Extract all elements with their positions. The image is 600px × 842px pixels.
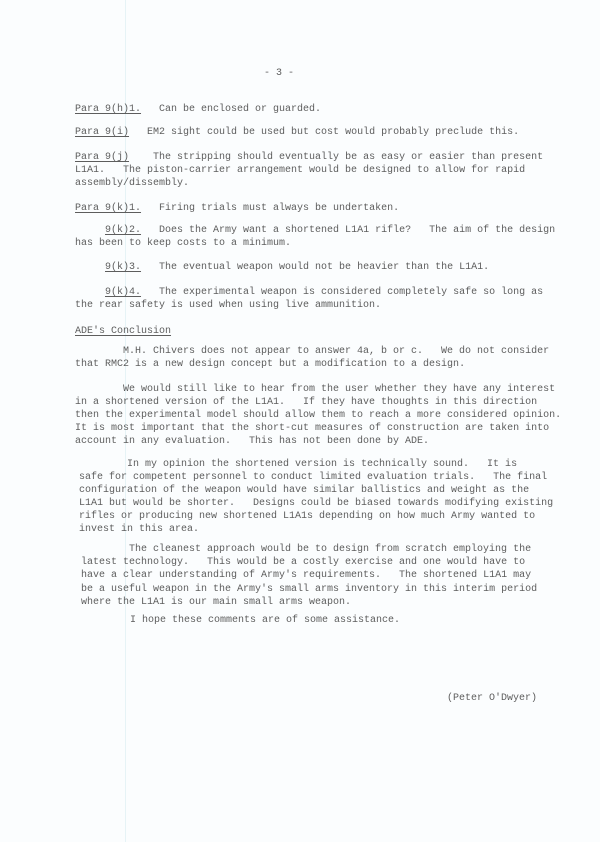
conclusion-para-2-line: account in any evaluation. This has not … [75,435,429,448]
para-ref: 9(k)4. [105,287,141,298]
conclusion-para-2-line: We would still like to hear from the use… [123,383,555,396]
para-text-line: has been to keep costs to a minimum. [75,237,291,250]
conclusion-para-2-line: then the experimental model should allow… [75,409,561,422]
conclusion-para-4-line: be a useful weapon in the Army's small a… [81,583,537,596]
para-text: The stripping should eventually be as ea… [153,152,543,163]
conclusion-para-4-line: have a clear understanding of Army's req… [81,569,531,582]
conclusion-heading: ADE's Conclusion [75,325,171,338]
conclusion-para-1-line: M.H. Chivers does not appear to answer 4… [123,345,549,358]
para-ref: 9(k)3. [105,262,141,273]
para-9h1: Para 9(h)1. Can be enclosed or guarded. [75,103,321,116]
conclusion-para-3-line: safe for competent personnel to conduct … [79,471,547,484]
conclusion-para-3-line: configuration of the weapon would have s… [79,484,529,497]
conclusion-para-4-line: where the L1A1 is our main small arms we… [81,596,351,609]
para-9i: Para 9(i) EM2 sight could be used but co… [75,126,519,139]
signature: (Peter O'Dwyer) [447,692,537,705]
conclusion-para-1-line: that RMC2 is a new design concept but a … [75,358,465,371]
page-number: - 3 - [264,67,294,80]
conclusion-para-3-line: L1A1 but would be shorter. Designs could… [79,497,553,510]
conclusion-para-2-line: It is most important that the short-cut … [75,422,549,435]
para-9k4: 9(k)4. The experimental weapon is consid… [105,286,543,299]
para-ref: Para 9(j) [75,152,129,163]
para-text: EM2 sight could be used but cost would p… [147,127,519,138]
conclusion-para-4-line: The cleanest approach would be to design… [129,543,531,556]
para-text-line: the rear safety is used when using live … [75,299,381,312]
para-text: The eventual weapon would not be heavier… [159,262,489,273]
para-text-line: assembly/dissembly. [75,177,189,190]
para-ref: Para 9(h)1. [75,104,141,115]
para-9k3: 9(k)3. The eventual weapon would not be … [105,261,489,274]
conclusion-para-3-line: rifles or producing new shortened L1A1s … [79,510,535,523]
para-ref: 9(k)2. [105,225,141,236]
conclusion-para-3-line: invest in this area. [79,523,199,536]
para-text: Does the Army want a shortened L1A1 rifl… [159,225,555,236]
para-9j: Para 9(j) The stripping should eventuall… [75,151,543,164]
para-ref: Para 9(k)1. [75,203,141,214]
para-text-line: L1A1. The piston-carrier arrangement wou… [75,164,525,177]
para-text: Can be enclosed or guarded. [159,104,321,115]
para-ref: Para 9(i) [75,127,129,138]
conclusion-para-2-line: in a shortened version of the L1A1. If t… [75,396,537,409]
document-page: - 3 - Para 9(h)1. Can be enclosed or gua… [0,0,600,842]
conclusion-para-5-line: I hope these comments are of some assist… [130,614,400,627]
conclusion-para-3-line: In my opinion the shortened version is t… [127,458,517,471]
para-9k1: Para 9(k)1. Firing trials must always be… [75,202,399,215]
para-text: The experimental weapon is considered co… [159,287,543,298]
para-text: Firing trials must always be undertaken. [159,203,399,214]
conclusion-para-4-line: latest technology. This would be a costl… [81,556,525,569]
para-9k2: 9(k)2. Does the Army want a shortened L1… [105,224,555,237]
